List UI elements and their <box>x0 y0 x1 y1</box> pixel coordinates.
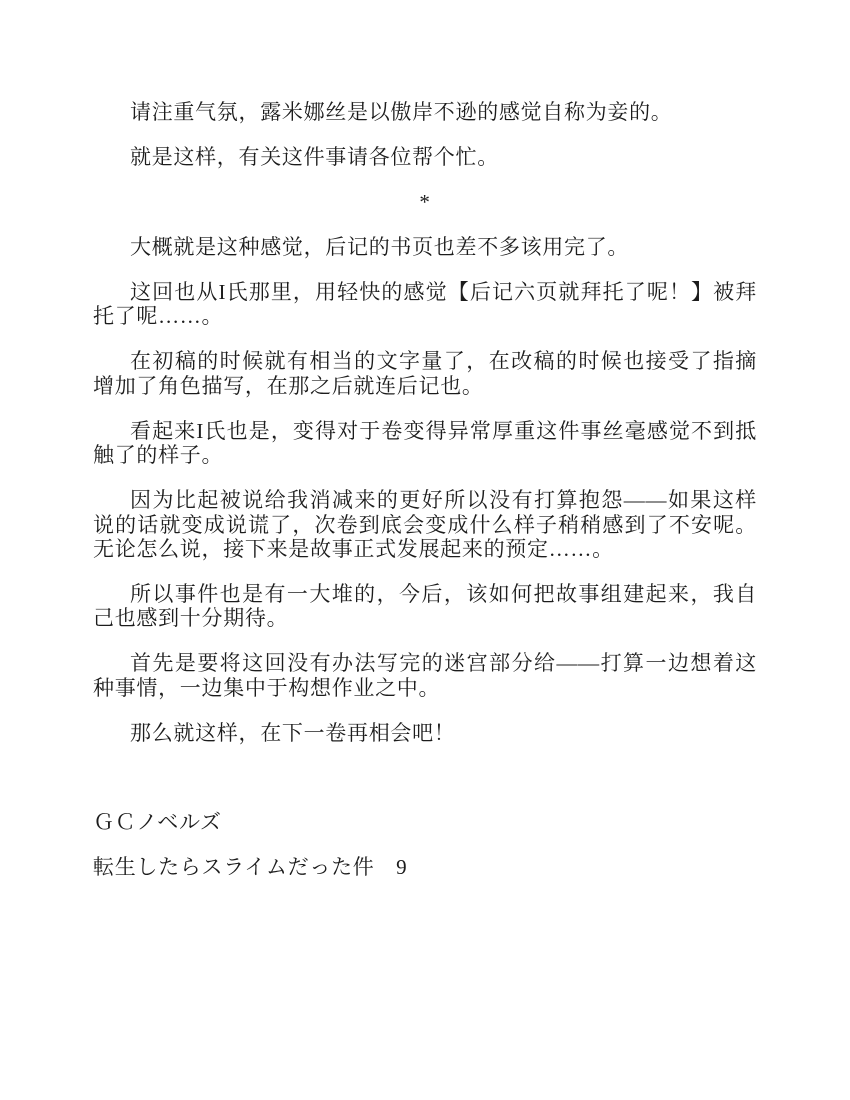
body-paragraph: 这回也从I氏那里，用轻快的感觉【后记六页就拜托了呢！】被拜托了呢……。 <box>93 280 757 329</box>
section-separator: * <box>93 190 757 214</box>
body-paragraph: 大概就是这种感觉，后记的书页也差不多该用完了。 <box>93 235 757 259</box>
body-paragraph: 就是这样，有关这件事请各位帮个忙。 <box>93 145 757 169</box>
body-paragraph: 所以事件也是有一大堆的，今后，该如何把故事组建起来，我自己也感到十分期待。 <box>93 582 757 631</box>
body-paragraph: 首先是要将这回没有办法写完的迷宫部分给——打算一边想着这种事情，一边集中于构想作… <box>93 651 757 700</box>
publisher-line: ＧＣノベルズ <box>93 810 757 834</box>
body-paragraph: 请注重气氛，露米娜丝是以傲岸不逊的感觉自称为妾的。 <box>93 100 757 124</box>
body-paragraph: 因为比起被说给我消减来的更好所以没有打算抱怨——如果这样说的话就变成说谎了，次卷… <box>93 488 757 561</box>
book-title-line: 転生したらスライムだった件 9 <box>93 855 757 879</box>
body-paragraph: 看起来I氏也是，变得对于卷变得异常厚重这件事丝毫感觉不到抵触了的样子。 <box>93 419 757 468</box>
body-paragraph: 在初稿的时候就有相当的文字量了，在改稿的时候也接受了指摘增加了角色描写，在那之后… <box>93 349 757 398</box>
afterword-content: 请注重气氛，露米娜丝是以傲岸不逊的感觉自称为妾的。 就是这样，有关这件事请各位帮… <box>93 100 757 900</box>
document-page: 请注重气氛，露米娜丝是以傲岸不逊的感觉自称为妾的。 就是这样，有关这件事请各位帮… <box>0 0 850 1100</box>
closing-paragraph: 那么就这样，在下一卷再相会吧！ <box>93 721 757 745</box>
